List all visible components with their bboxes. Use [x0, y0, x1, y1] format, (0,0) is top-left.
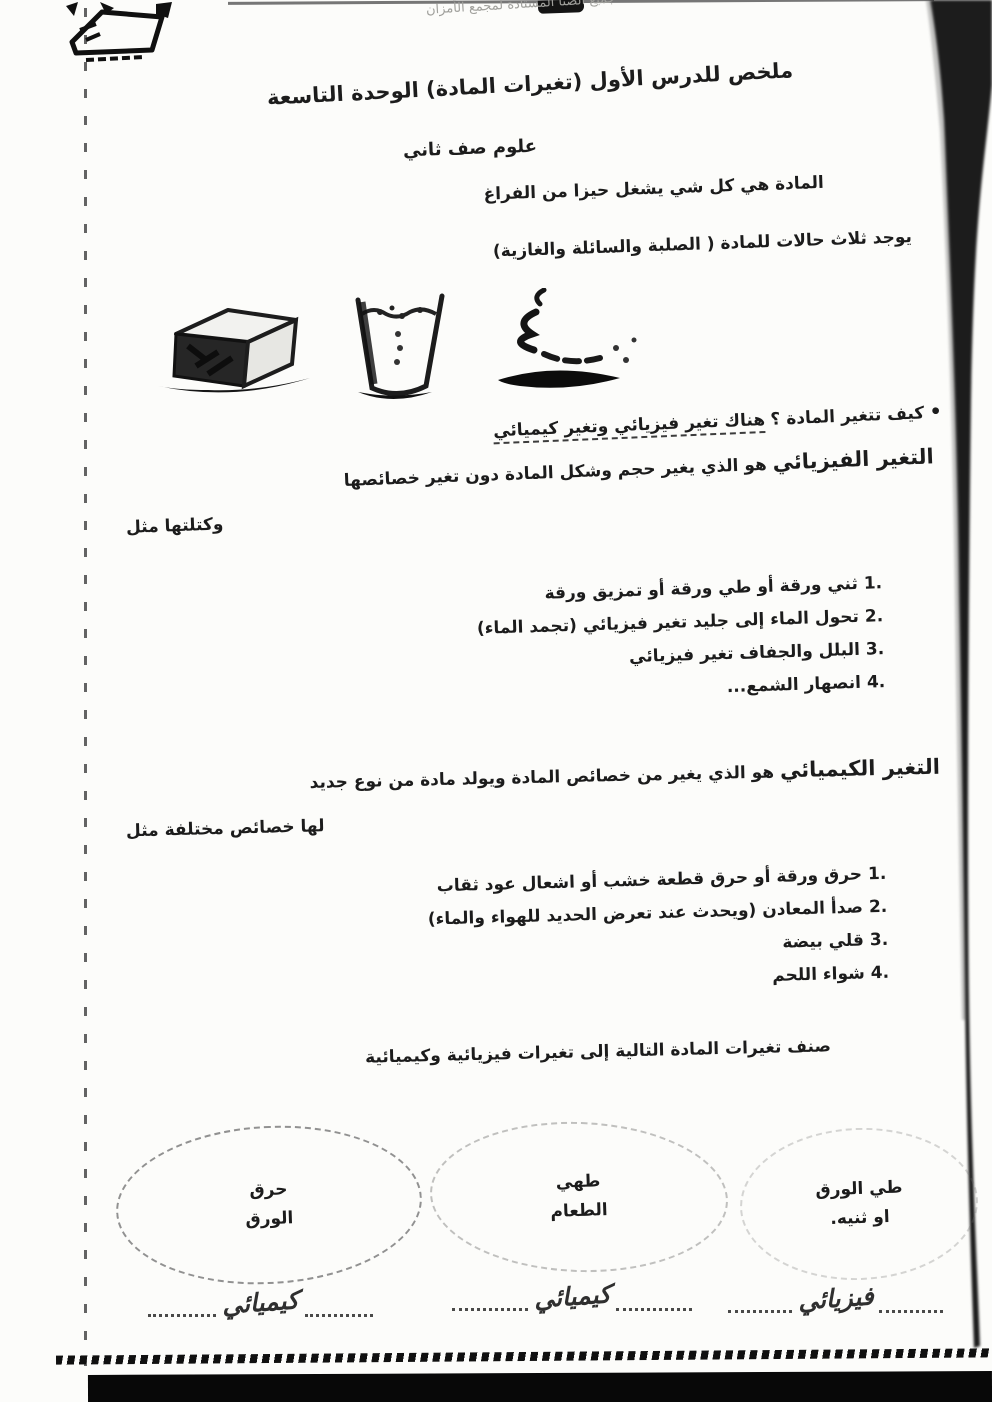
list-item-text: البلل والجفاف تغير فيزيائي: [629, 640, 860, 667]
physical-change-definition-text: هو الذي يغير حجم وشكل المادة دون تغير خص…: [343, 455, 767, 491]
list-item-number: 2.: [869, 897, 888, 918]
chemical-change-definition-text: هو الذي يغير من خصائص المادة ويولد مادة …: [309, 762, 774, 793]
list-item-text: انصهار الشمع...: [727, 673, 862, 697]
physical-examples-list: 1.ثني ورقة أو طي ورقة أو تمزيق ورقة 2.تح…: [316, 573, 886, 723]
bottom-scan-bar: [88, 1371, 992, 1402]
list-item-number: 1.: [863, 573, 882, 594]
list-item-number: 4.: [871, 963, 890, 984]
task-cook-food: طهي الطعام: [430, 1122, 728, 1272]
task-label-line1: طهي: [549, 1167, 607, 1198]
states-of-matter-line: يوجد ثلاث حالات للمادة ( الصلبة والسائلة…: [400, 227, 912, 265]
task-fold-paper: طي الورق او ثنيه.: [740, 1128, 978, 1280]
list-item: 1.حرق ورقة أو حرق قطعة خشب أو اشعال عود …: [296, 864, 886, 900]
task-burn-paper: حرق الورق: [116, 1126, 422, 1284]
subject-grade-line: علوم صف ثاني: [348, 134, 593, 164]
bullet-dot: •: [929, 401, 942, 423]
task-label-line1: طي الورق: [815, 1174, 903, 1206]
smoke-sketch-icon: [474, 288, 644, 406]
answer-dotted-line: [148, 1300, 216, 1317]
page-title: ملخص للدرس الأول (تغيرات المادة) الوحدة …: [238, 57, 822, 112]
list-item-number: 2.: [865, 606, 884, 627]
list-item: 2.تحول الماء إلى جليد تغير فيزيائي (تجمد…: [317, 606, 883, 644]
perforation-dotted-line: [56, 1348, 992, 1364]
list-item-text: قلي بيضة: [782, 930, 864, 952]
list-item-number: 1.: [868, 864, 887, 885]
list-item: 3.البلل والجفاف تغير فيزيائي: [318, 639, 884, 677]
answer-dotted-line: [616, 1294, 692, 1311]
states-illustrations-row: [148, 286, 644, 406]
answer-dotted-line: [728, 1296, 792, 1313]
how-matter-changes-question: • كيف تتغير المادة ؟ هناك تغير فيزيائي و…: [300, 401, 942, 450]
margin-dashed-line: [84, 8, 87, 1366]
liquid-cup-sketch-icon: [340, 288, 458, 406]
chemical-change-term: التغير الكيميائي: [780, 755, 941, 783]
task-label-line2: الورق: [245, 1204, 294, 1235]
physical-change-definition-cont: وكتلتها مثل: [126, 510, 347, 538]
list-item: 1.ثني ورقة أو طي ورقة أو تمزيق ورقة: [316, 573, 882, 611]
list-item-text: صدأ المعادن (ويحدث عند تعرض الحديد للهوا…: [428, 897, 864, 929]
stamp-doodle-icon: [56, 0, 182, 66]
answer-dotted-line: [452, 1294, 528, 1311]
matter-definition-line: المادة هي كل شي يشغل حيزا من الفراغ: [298, 173, 824, 211]
question-answer-underlined: هناك تغير فيزيائي وتغير كيميائي: [493, 410, 766, 444]
list-item: 2.صدأ المعادن (ويحدث عند تعرض الحديد لله…: [297, 897, 887, 933]
chemical-examples-list: 1.حرق ورقة أو حرق قطعة خشب أو اشعال عود …: [296, 864, 889, 1012]
handwritten-answer-cook-food: كيميائي: [452, 1282, 692, 1311]
solid-block-sketch-icon: [148, 294, 323, 406]
list-item-number: 3.: [866, 639, 885, 660]
chemical-change-definition-cont: لها خصائص مختلفة مثل: [126, 815, 386, 842]
list-item-text: شواء اللحم: [772, 963, 865, 986]
task-label: طهي الطعام: [549, 1167, 608, 1227]
task-label-line2: الطعام: [550, 1196, 608, 1227]
list-item: 4.شواء اللحم: [299, 963, 889, 999]
handwritten-answer-text: كيميائي: [527, 1279, 618, 1314]
task-label: طي الورق او ثنيه.: [815, 1174, 904, 1235]
list-item-number: 4.: [867, 672, 886, 693]
question-text: كيف تتغير المادة ؟: [770, 403, 925, 429]
list-item: 4.انصهار الشمع...: [319, 672, 885, 710]
handwritten-answer-burn-paper: كيميائي: [148, 1288, 373, 1317]
task-label: حرق الورق: [244, 1175, 294, 1234]
list-item-text: ثني ورقة أو طي ورقة أو تمزيق ورقة: [544, 574, 858, 604]
task-label-line2: او ثنيه.: [816, 1202, 904, 1234]
answer-dotted-line: [305, 1300, 373, 1317]
task-label-line1: حرق: [244, 1175, 293, 1206]
classification-prompt: صنف تغيرات المادة التالية إلى تغيرات فيز…: [278, 1034, 918, 1070]
physical-change-definition: التغير الفيزيائي هو الذي يغير حجم وشكل ا…: [120, 444, 934, 499]
handwritten-answer-text: كيميائي: [215, 1285, 306, 1320]
chemical-change-definition: التغير الكيميائي هو الذي يغير من خصائص ا…: [118, 755, 940, 798]
list-item-text: حرق ورقة أو حرق قطعة خشب أو اشعال عود ثق…: [437, 864, 863, 896]
list-item: 3.قلي بيضة: [298, 930, 888, 966]
list-item-number: 3.: [870, 930, 889, 951]
faint-header-note: جميع الصنا المستادة لمجمع الأمزان: [196, 0, 616, 32]
handwritten-answer-fold-paper: فيزيائي: [728, 1284, 943, 1313]
answer-dotted-line: [879, 1296, 943, 1313]
handwritten-answer-text: فيزيائي: [791, 1281, 880, 1316]
scanned-worksheet-page: جميع الصنا المستادة لمجمع الأمزان ملخص ل…: [0, 0, 992, 1402]
physical-change-term: التغير الفيزيائي: [772, 444, 934, 474]
list-item-text: تحول الماء إلى جليد تغير فيزيائي (تجمد ا…: [477, 607, 860, 639]
